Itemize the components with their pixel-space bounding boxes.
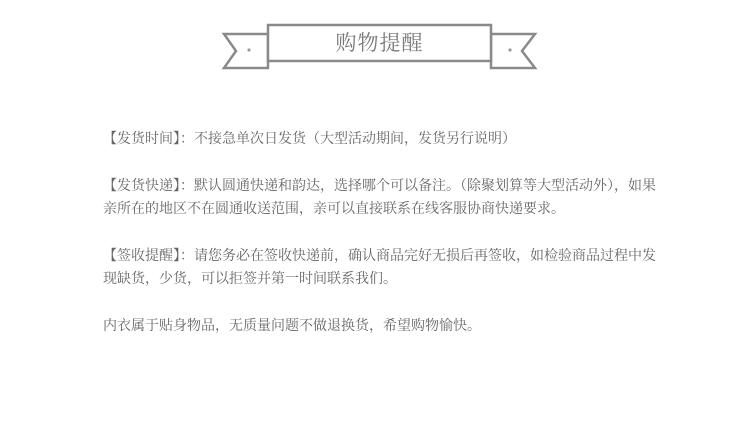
receipt-reminder-label: 【签收提醒】 xyxy=(103,248,180,264)
shopping-reminder-banner: 购物提醒 xyxy=(220,20,540,74)
no-return-notice-paragraph: 内衣属于贴身物品，无质量问题不做退换货，希望购物愉快。 xyxy=(103,315,669,339)
no-return-notice-text: 内衣属于贴身物品，无质量问题不做退换货，希望购物愉快。 xyxy=(103,318,481,334)
shipping-time-paragraph: 【发货时间】：不接急单次日发货（大型活动期间，发货另行说明） xyxy=(103,128,669,152)
shipping-courier-label: 【发货快递】 xyxy=(103,178,180,194)
shipping-time-text: ：不接急单次日发货（大型活动期间，发货另行说明） xyxy=(180,131,516,147)
shipping-courier-text: ：默认圆通快递和韵达，选择哪个可以备注。（除聚划算等大型活动外），如果亲所在的地… xyxy=(103,178,656,218)
shipping-courier-paragraph: 【发货快递】：默认圆通快递和韵达，选择哪个可以备注。（除聚划算等大型活动外），如… xyxy=(103,175,669,222)
receipt-reminder-text: ：请您务必在签收快递前，确认商品完好无损后再签收，如检验商品过程中发现缺货，少货… xyxy=(103,248,656,288)
reminder-content: 【发货时间】：不接急单次日发货（大型活动期间，发货另行说明） 【发货快递】：默认… xyxy=(103,128,669,361)
receipt-reminder-paragraph: 【签收提醒】：请您务必在签收快递前，确认商品完好无损后再签收，如检验商品过程中发… xyxy=(103,245,669,292)
banner-title: 购物提醒 xyxy=(268,25,491,61)
shipping-time-label: 【发货时间】 xyxy=(103,131,180,147)
